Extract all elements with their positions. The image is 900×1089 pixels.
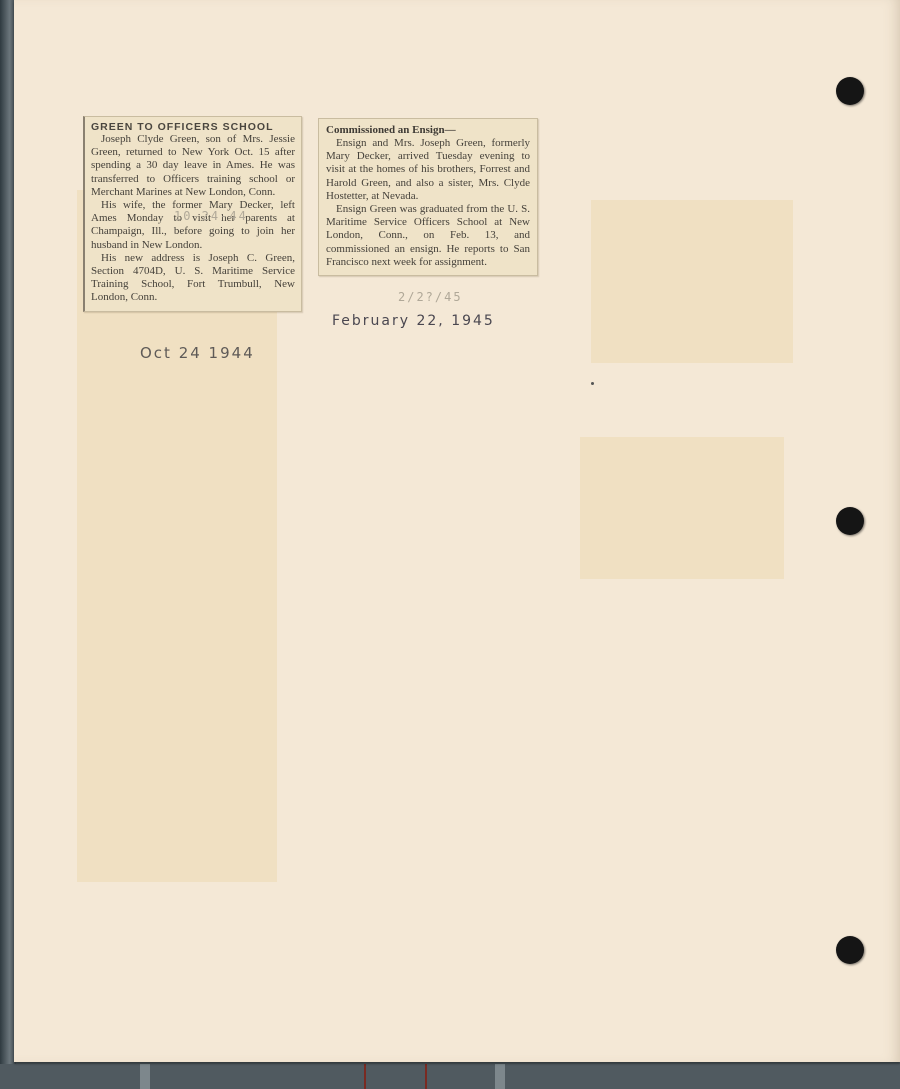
clipping-paragraph: Ensign Green was graduated from the U. S…: [326, 203, 530, 269]
clipping-paragraph: His new address is Joseph C. Green, Sect…: [91, 252, 295, 305]
faded-clipping-outline: [591, 200, 793, 363]
binder-hole-icon: [836, 77, 864, 105]
binder-hole-icon: [836, 507, 864, 535]
clipping-paragraph: His wife, the former Mary Decker, left A…: [91, 199, 295, 252]
thread-mark: [364, 1064, 366, 1089]
pencil-date-note: 2/2?/45: [398, 290, 463, 304]
handwritten-date: February 22, 1945: [332, 313, 495, 329]
clipping-paragraph: Ensign and Mrs. Joseph Green, formerly M…: [326, 137, 530, 203]
binder-post: [495, 1064, 505, 1089]
clipping-headline: GREEN TO OFFICERS SCHOOL: [91, 121, 295, 133]
faded-clipping-outline: [580, 437, 784, 579]
thread-mark: [425, 1064, 427, 1089]
binder-hole-icon: [836, 936, 864, 964]
clipping-headline: Commissioned an Ensign—: [326, 124, 530, 136]
scrapbook-page: GREEN TO OFFICERS SCHOOL Joseph Clyde Gr…: [14, 0, 900, 1062]
pencil-date-note: 10-24-44: [174, 209, 248, 223]
scanner-background-bottom: [0, 1064, 900, 1089]
speck: [591, 382, 594, 385]
clipping-paragraph: Joseph Clyde Green, son of Mrs. Jessie G…: [91, 133, 295, 199]
binder-post: [140, 1064, 150, 1089]
handwritten-date: Oct 24 1944: [140, 344, 255, 362]
newspaper-clipping-ensign: Commissioned an Ensign— Ensign and Mrs. …: [318, 118, 538, 276]
